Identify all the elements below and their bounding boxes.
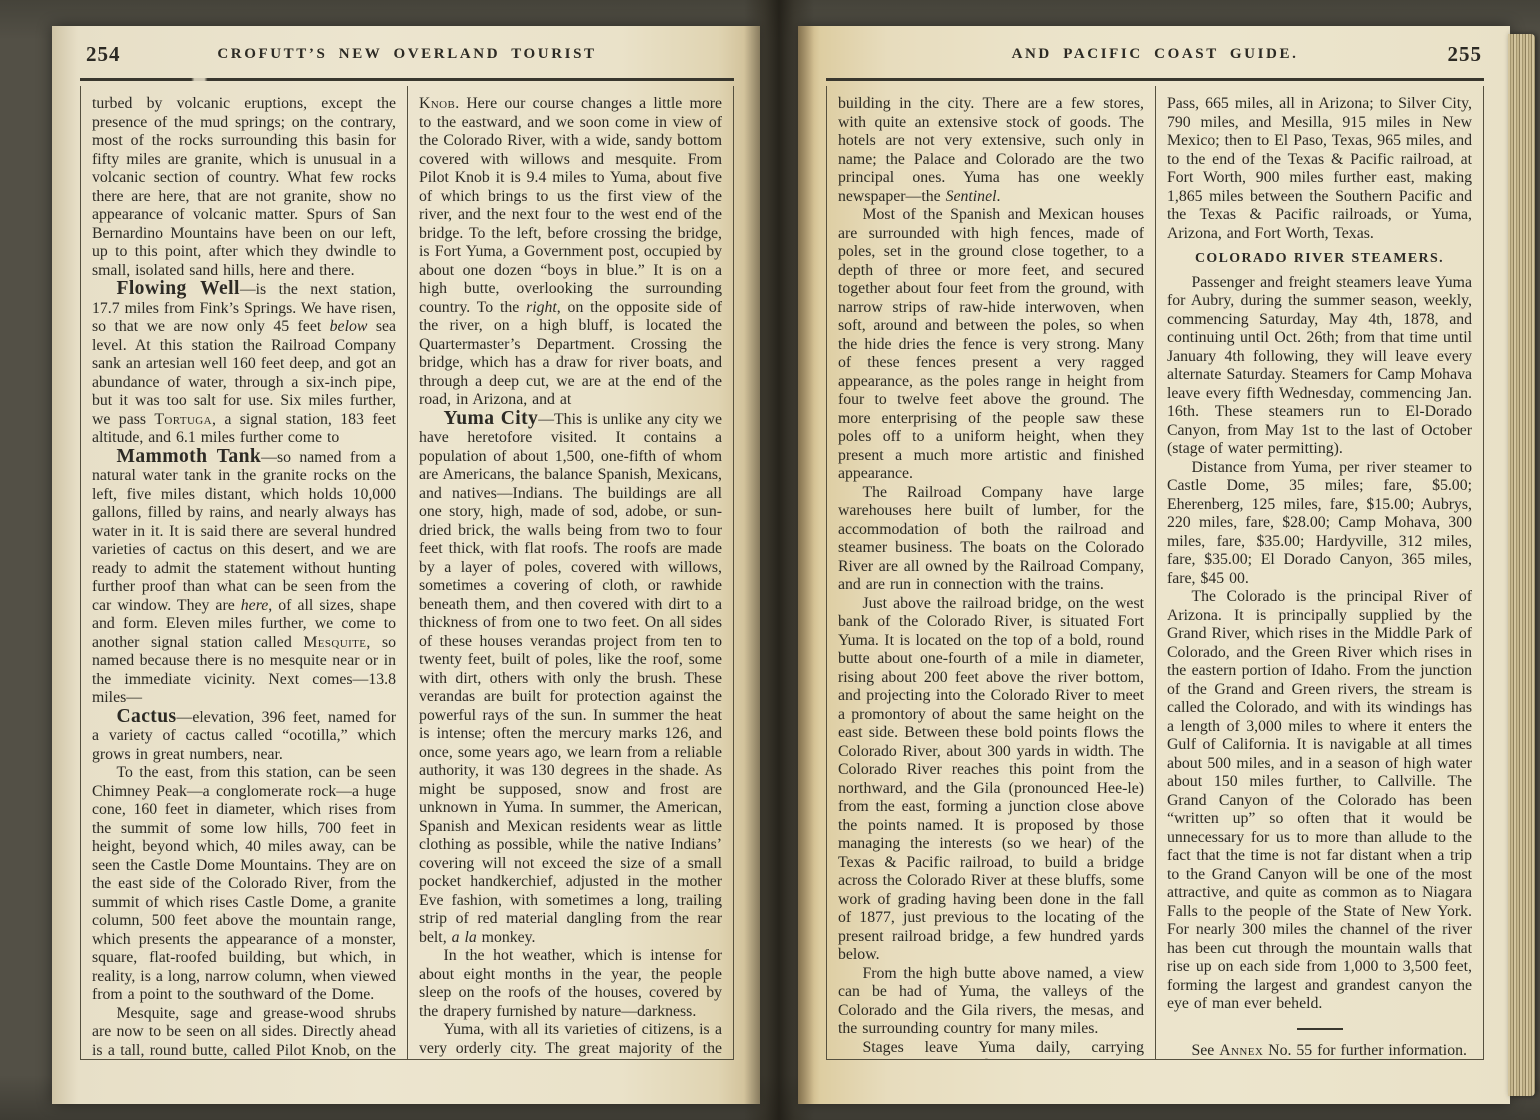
running-title-right: AND PACIFIC COAST GUIDE.: [826, 46, 1484, 63]
paragraph: From the high butte above named, a view …: [838, 965, 1144, 1039]
right-text-block: building in the city. There are a few st…: [826, 86, 1484, 1060]
header-rule: [80, 78, 734, 81]
paragraph: The Railroad Company have large warehous…: [838, 484, 1144, 595]
paragraph: building in the city. There are a few st…: [838, 95, 1144, 206]
paragraph: Most of the Spanish and Mexican houses a…: [838, 206, 1144, 484]
paragraph: Just above the railroad bridge, on the w…: [838, 595, 1144, 965]
paragraph: Yuma City—This is unlike any city we hav…: [419, 410, 722, 948]
header-rule: [826, 78, 1484, 81]
column-3: building in the city. There are a few st…: [827, 86, 1155, 1059]
page-edge-stack: [1508, 34, 1535, 1096]
column-4: Pass, 665 miles, all in Arizona; to Silv…: [1155, 86, 1483, 1059]
paragraph: To the east, from this station, can be s…: [92, 764, 396, 1005]
column-1: turbed by volcanic eruptions, except the…: [81, 86, 407, 1059]
paragraph: Knob. Here our course changes a little m…: [419, 95, 722, 410]
right-page-header: AND PACIFIC COAST GUIDE. 255: [826, 40, 1484, 74]
left-text-block: turbed by volcanic eruptions, except the…: [80, 86, 734, 1060]
page-number-255: 255: [1448, 42, 1483, 67]
running-title-left: CROFUTT’S NEW OVERLAND TOURIST: [80, 46, 734, 63]
paragraph: Stages leave Yuma daily, carrying passen…: [838, 1039, 1144, 1060]
paragraph: In the hot weather, which is intense for…: [419, 947, 722, 1021]
paragraph: Cactus—elevation, 396 feet, named for a …: [92, 708, 396, 765]
paragraph: Flowing Well—is the next station, 17.7 m…: [92, 280, 396, 448]
annex-note: See Annex No. 55 for further information…: [1167, 1042, 1472, 1060]
paragraph: Mammoth Tank—so named from a natural wat…: [92, 448, 396, 708]
book-scan: 254 CROFUTT’S NEW OVERLAND TOURIST turbe…: [0, 0, 1540, 1120]
end-divider-rule: [1297, 1028, 1343, 1030]
paragraph: Pass, 665 miles, all in Arizona; to Silv…: [1167, 95, 1472, 243]
section-heading-colorado-river-steamers: COLORADO RIVER STEAMERS.: [1167, 250, 1472, 269]
paragraph: The Colorado is the principal River of A…: [1167, 588, 1472, 1014]
column-2: Knob. Here our course changes a little m…: [407, 86, 733, 1059]
left-page: 254 CROFUTT’S NEW OVERLAND TOURIST turbe…: [52, 26, 760, 1104]
left-page-header: 254 CROFUTT’S NEW OVERLAND TOURIST: [80, 40, 734, 74]
paragraph: Distance from Yuma, per river steamer to…: [1167, 459, 1472, 589]
right-page: AND PACIFIC COAST GUIDE. 255 building in…: [798, 26, 1510, 1104]
paragraph: turbed by volcanic eruptions, except the…: [92, 95, 396, 280]
paragraph: Passenger and freight steamers leave Yum…: [1167, 274, 1472, 459]
paragraph: Yuma, with all its varieties of citizens…: [419, 1021, 722, 1059]
paragraph: Mesquite, sage and grease-wood shrubs ar…: [92, 1005, 396, 1060]
